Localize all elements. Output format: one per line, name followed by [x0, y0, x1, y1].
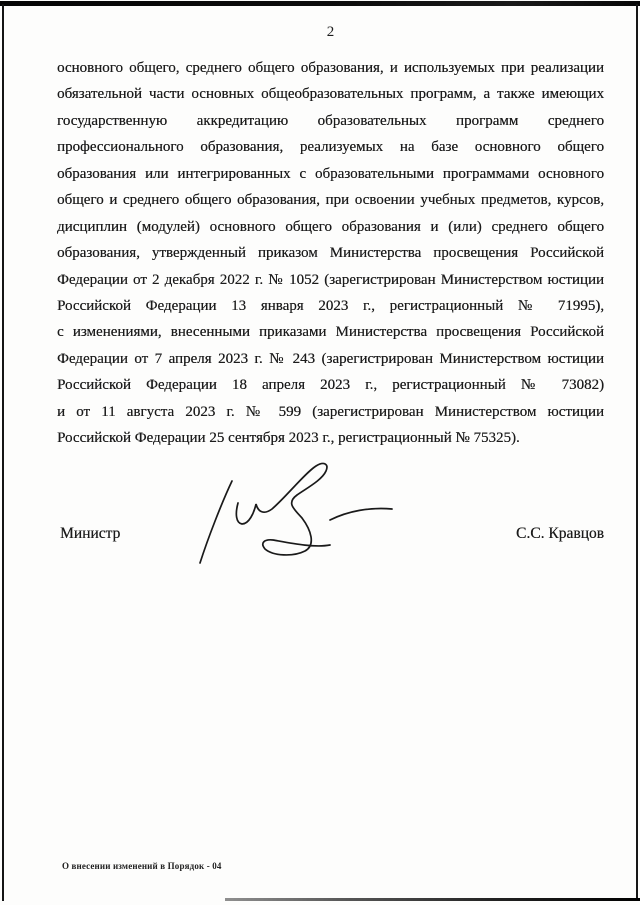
minister-title-label: Министр — [60, 524, 120, 544]
signatory-name-label: С.С. Кравцов — [516, 524, 604, 544]
body-text-line: дисциплин (модулей) основного общего обр… — [57, 214, 604, 240]
footer-reference: О внесении изменений в Порядок - 04 — [62, 861, 222, 872]
body-text-line: Российской Федерации 13 января 2023 г., … — [57, 293, 604, 319]
signature-block: Министр С.С. Кравцов — [57, 524, 604, 544]
body-text-line: образования, утвержденный приказом Минис… — [57, 240, 604, 266]
body-text: основного общего, среднего общего образо… — [57, 55, 604, 452]
body-text-line: Федерации от 2 декабря 2022 г. № 1052 (з… — [57, 267, 604, 293]
body-text-line: государственную аккредитацию образовател… — [57, 108, 604, 134]
body-text-line: общего и среднего общего образования, пр… — [57, 187, 604, 213]
scan-edge-top — [0, 1, 640, 6]
page-number: 2 — [57, 24, 604, 40]
scan-edge-left — [2, 4, 4, 901]
body-text-line: образования или интегрированных с образо… — [57, 161, 604, 187]
body-text-line: Российской Федерации 25 сентября 2023 г.… — [57, 425, 604, 451]
body-text-line: основного общего, среднего общего образо… — [57, 55, 604, 81]
body-text-line: и от 11 августа 2023 г. № 599 (зарегистр… — [57, 399, 604, 425]
body-text-line: Российской Федерации 18 апреля 2023 г., … — [57, 372, 604, 398]
body-text-line: Федерации от 7 апреля 2023 г. № 243 (зар… — [57, 346, 604, 372]
document-page: { "page": { "number": "2" }, "content": … — [0, 0, 640, 905]
body-text-line: обязательной части основных общеобразова… — [57, 81, 604, 107]
scan-edge-bottom — [225, 898, 640, 901]
body-text-line: профессионального образования, реализуем… — [57, 134, 604, 160]
scan-edge-right — [636, 4, 638, 901]
body-text-line: с изменениями, внесенными приказами Мини… — [57, 319, 604, 345]
